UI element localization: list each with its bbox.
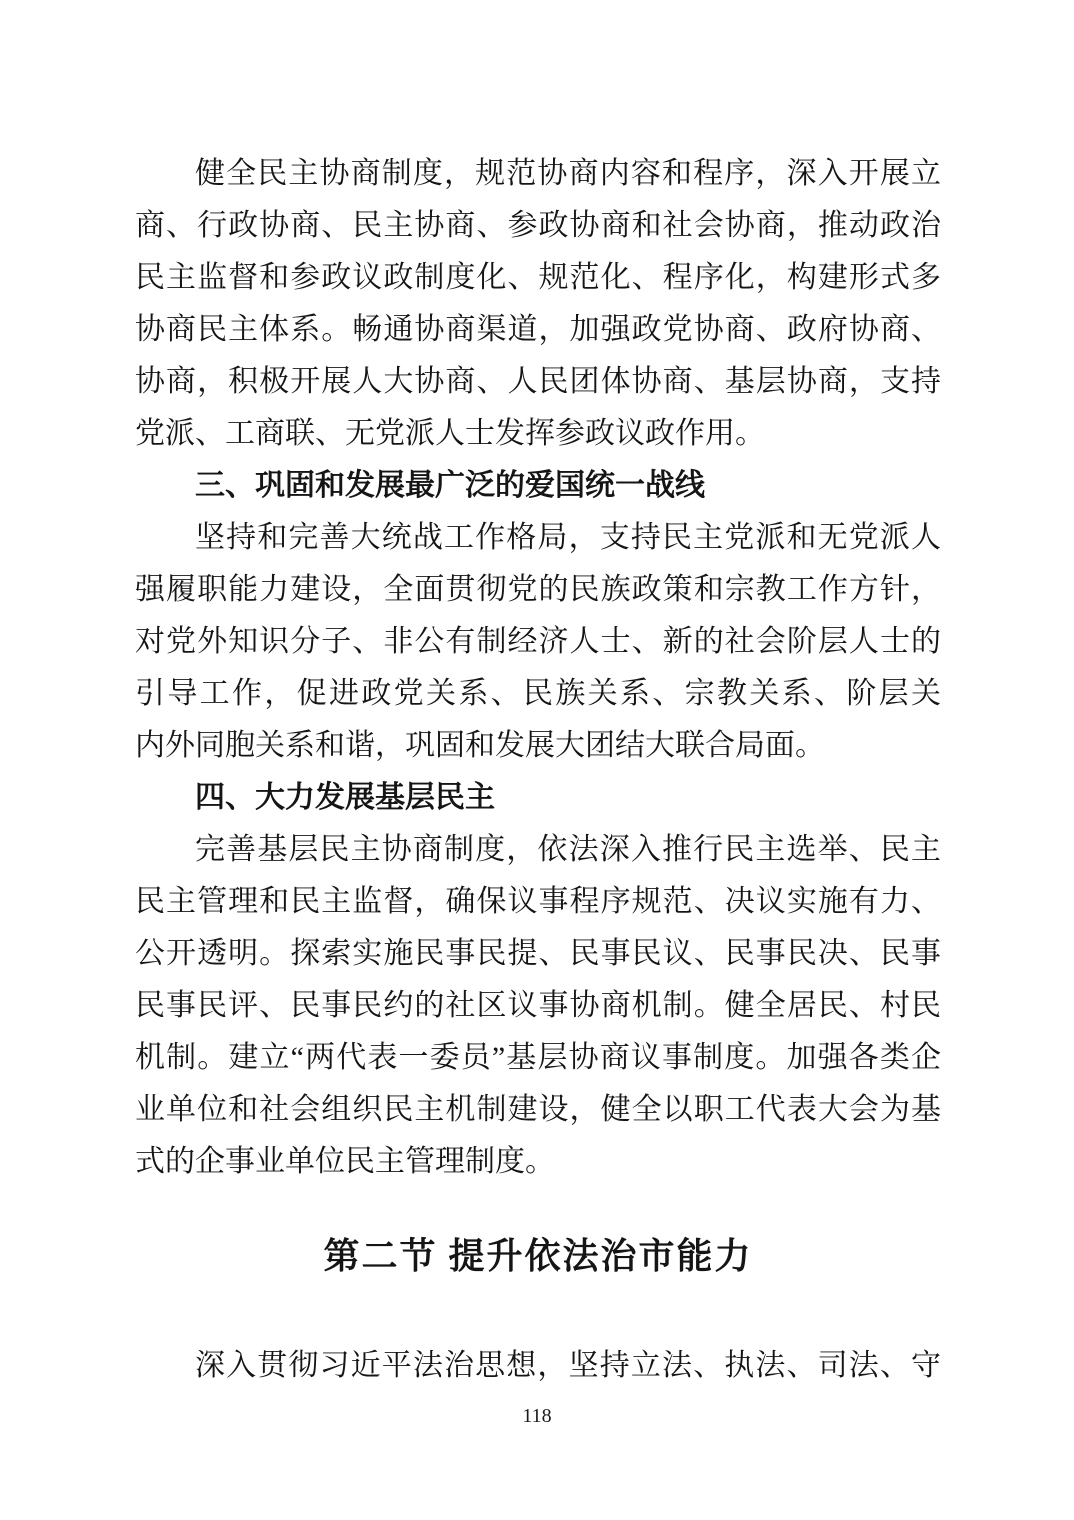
body-line: 健全民主协商制度，规范协商内容和程序，深入开展立法协 xyxy=(135,148,941,200)
page-body: 健全民主协商制度，规范协商内容和程序，深入开展立法协商、行政协商、民主协商、参政… xyxy=(135,148,941,1392)
body-line: 民主监督和参政议政制度化、规范化、程序化，构建形式多样的 xyxy=(135,252,941,304)
body-line: 坚持和完善大统战工作格局，支持民主党派和无党派人士加 xyxy=(135,512,941,564)
body-line: 民事民评、民事民约的社区议事协商机制。健全居民、村民监督 xyxy=(135,980,941,1032)
body-line: 业单位和社会组织民主机制建设，健全以职工代表大会为基本形 xyxy=(135,1084,941,1136)
body-line: 民主管理和民主监督，确保议事程序规范、决议实施有力、信息 xyxy=(135,876,941,928)
body-line: 党派、工商联、无党派人士发挥参政议政作用。 xyxy=(135,408,941,460)
body-line: 引导工作，促进政党关系、民族关系、宗教关系、阶层关系、海 xyxy=(135,668,941,720)
body-line: 协商，积极开展人大协商、人民团体协商、基层协商，支持民主 xyxy=(135,356,941,408)
section-title: 第二节 提升依法治市能力 xyxy=(135,1228,941,1284)
paragraph: 深入贯彻习近平法治思想，坚持立法、执法、司法、守法各 xyxy=(135,1340,941,1392)
page-number: 118 xyxy=(522,1405,551,1427)
body-line: 公开透明。探索实施民事民提、民事民议、民事民决、民事民办、 xyxy=(135,928,941,980)
body-line: 深入贯彻习近平法治思想，坚持立法、执法、司法、守法各 xyxy=(135,1340,941,1392)
paragraph: 坚持和完善大统战工作格局，支持民主党派和无党派人士加强履职能力建设，全面贯彻党的… xyxy=(135,512,941,772)
paragraph: 健全民主协商制度，规范协商内容和程序，深入开展立法协商、行政协商、民主协商、参政… xyxy=(135,148,941,460)
body-line: 完善基层民主协商制度，依法深入推行民主选举、民主决策、 xyxy=(135,824,941,876)
body-line: 机制。建立“两代表一委员”基层协商议事制度。加强各类企事 xyxy=(135,1032,941,1084)
body-line: 强履职能力建设，全面贯彻党的民族政策和宗教工作方针，加强 xyxy=(135,564,941,616)
subsection-heading: 四、大力发展基层民主 xyxy=(135,772,941,824)
document-page: 健全民主协商制度，规范协商内容和程序，深入开展立法协商、行政协商、民主协商、参政… xyxy=(0,0,1074,1520)
body-line: 内外同胞关系和谐，巩固和发展大团结大联合局面。 xyxy=(135,720,941,772)
body-line: 对党外知识分子、非公有制经济人士、新的社会阶层人士的团结 xyxy=(135,616,941,668)
body-line: 协商民主体系。畅通协商渠道，加强政党协商、政府协商、政协 xyxy=(135,304,941,356)
page-footer: 118 xyxy=(0,1402,1074,1430)
subsection-heading: 三、巩固和发展最广泛的爱国统一战线 xyxy=(135,460,941,512)
paragraph: 完善基层民主协商制度，依法深入推行民主选举、民主决策、民主管理和民主监督，确保议… xyxy=(135,824,941,1188)
body-line: 商、行政协商、民主协商、参政协商和社会协商，推动政治协商、 xyxy=(135,200,941,252)
body-line: 式的企事业单位民主管理制度。 xyxy=(135,1136,941,1188)
